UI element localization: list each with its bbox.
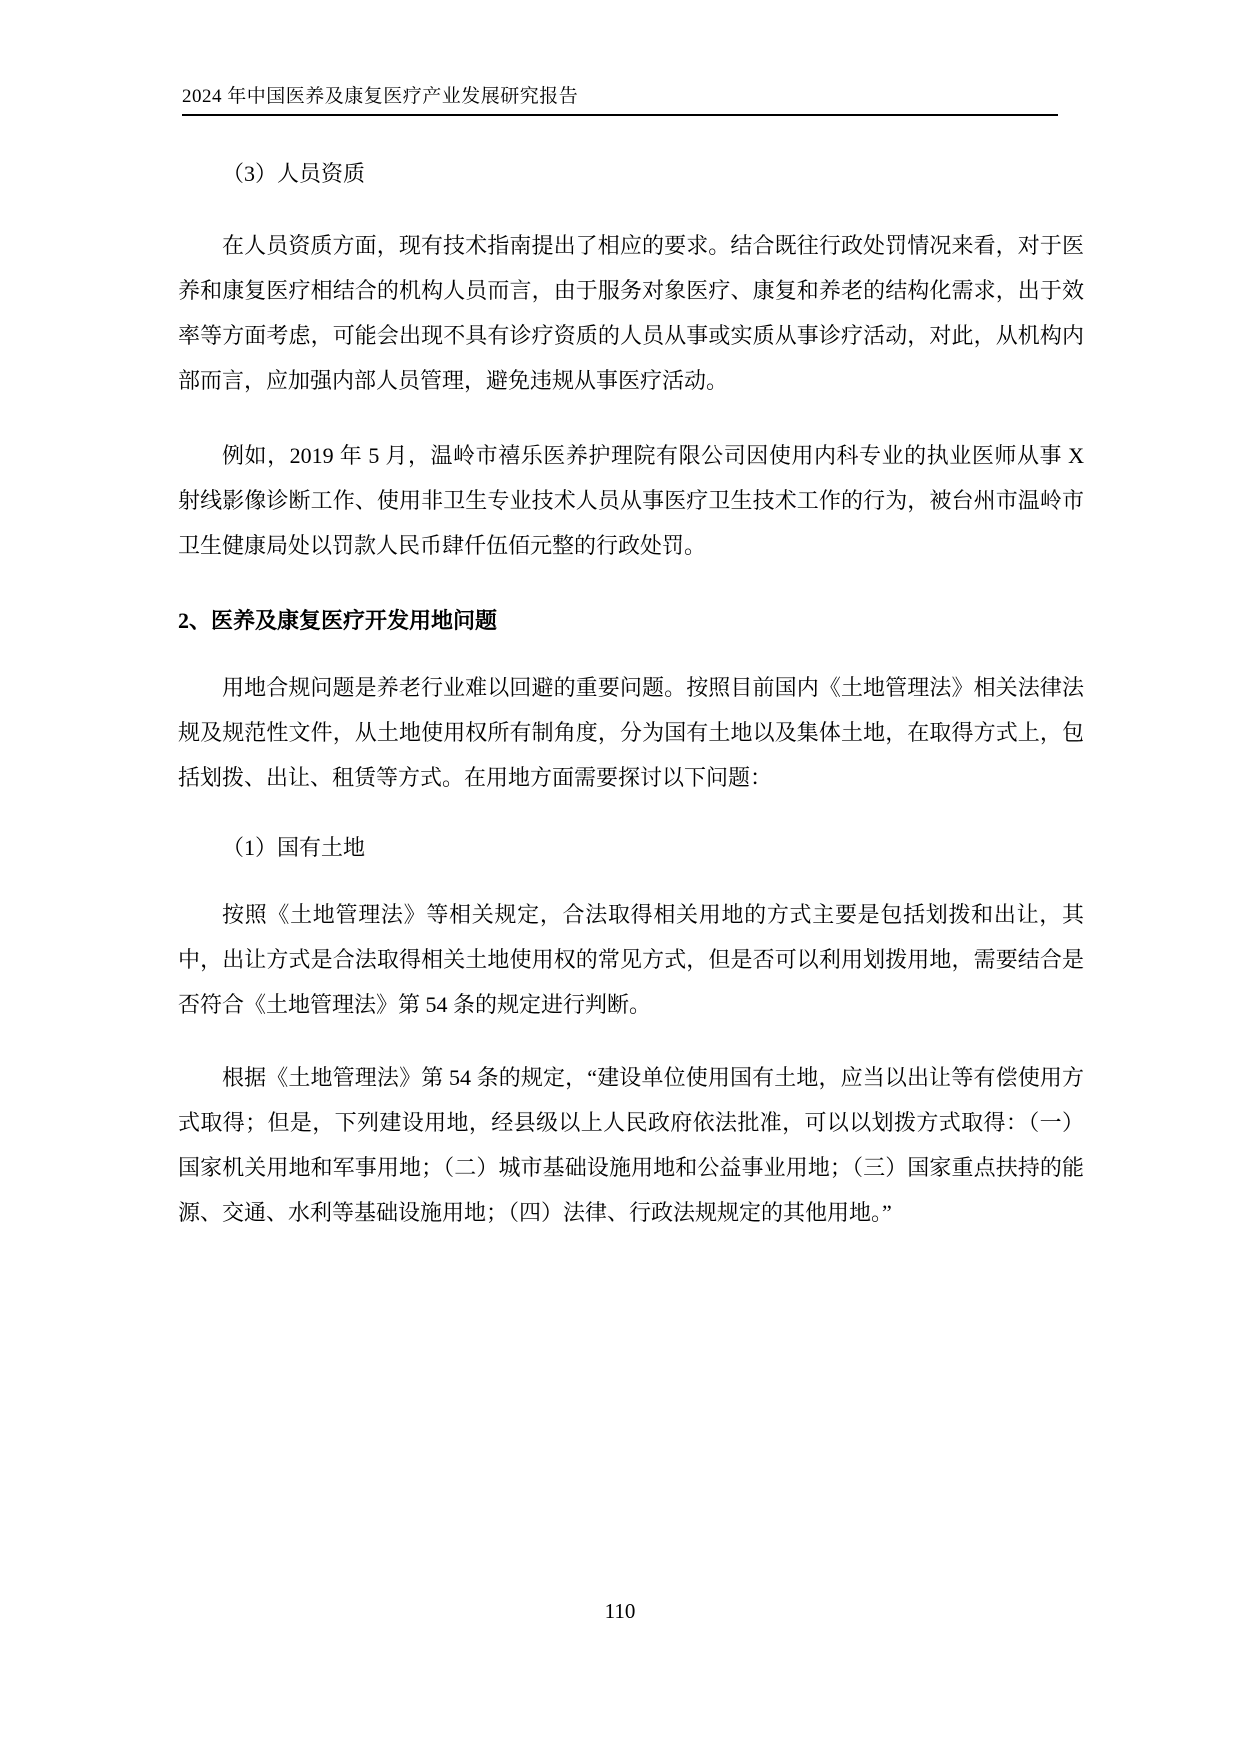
page-number: 110	[605, 1599, 636, 1623]
page-footer: 110	[0, 1598, 1240, 1624]
document-page: 2024 年中国医养及康复医疗产业发展研究报告 （3）人员资质 在人员资质方面，…	[0, 0, 1240, 1754]
page-header: 2024 年中国医养及康复医疗产业发展研究报告	[182, 86, 1058, 116]
body-paragraph: 例如，2019 年 5 月，温岭市禧乐医养护理院有限公司因使用内科专业的执业医师…	[178, 433, 1084, 568]
section-heading-land-development: 2、医养及康复医疗开发用地问题	[178, 598, 1084, 643]
body-paragraph: 按照《土地管理法》等相关规定，合法取得相关用地的方式主要是包括划拨和出让，其中，…	[178, 892, 1084, 1027]
header-title: 2024 年中国医养及康复医疗产业发展研究报告	[182, 86, 1058, 108]
section-heading-state-owned-land: （1）国有土地	[178, 825, 1084, 870]
body-paragraph: 根据《土地管理法》第 54 条的规定，“建设单位使用国有土地，应当以出让等有偿使…	[178, 1055, 1084, 1235]
section-heading-personnel-qualification: （3）人员资质	[178, 151, 1084, 196]
body-paragraph: 在人员资质方面，现有技术指南提出了相应的要求。结合既往行政处罚情况来看，对于医养…	[178, 223, 1084, 403]
document-body: （3）人员资质 在人员资质方面，现有技术指南提出了相应的要求。结合既往行政处罚情…	[178, 114, 1084, 1235]
body-paragraph: 用地合规问题是养老行业难以回避的重要问题。按照目前国内《土地管理法》相关法律法规…	[178, 665, 1084, 800]
